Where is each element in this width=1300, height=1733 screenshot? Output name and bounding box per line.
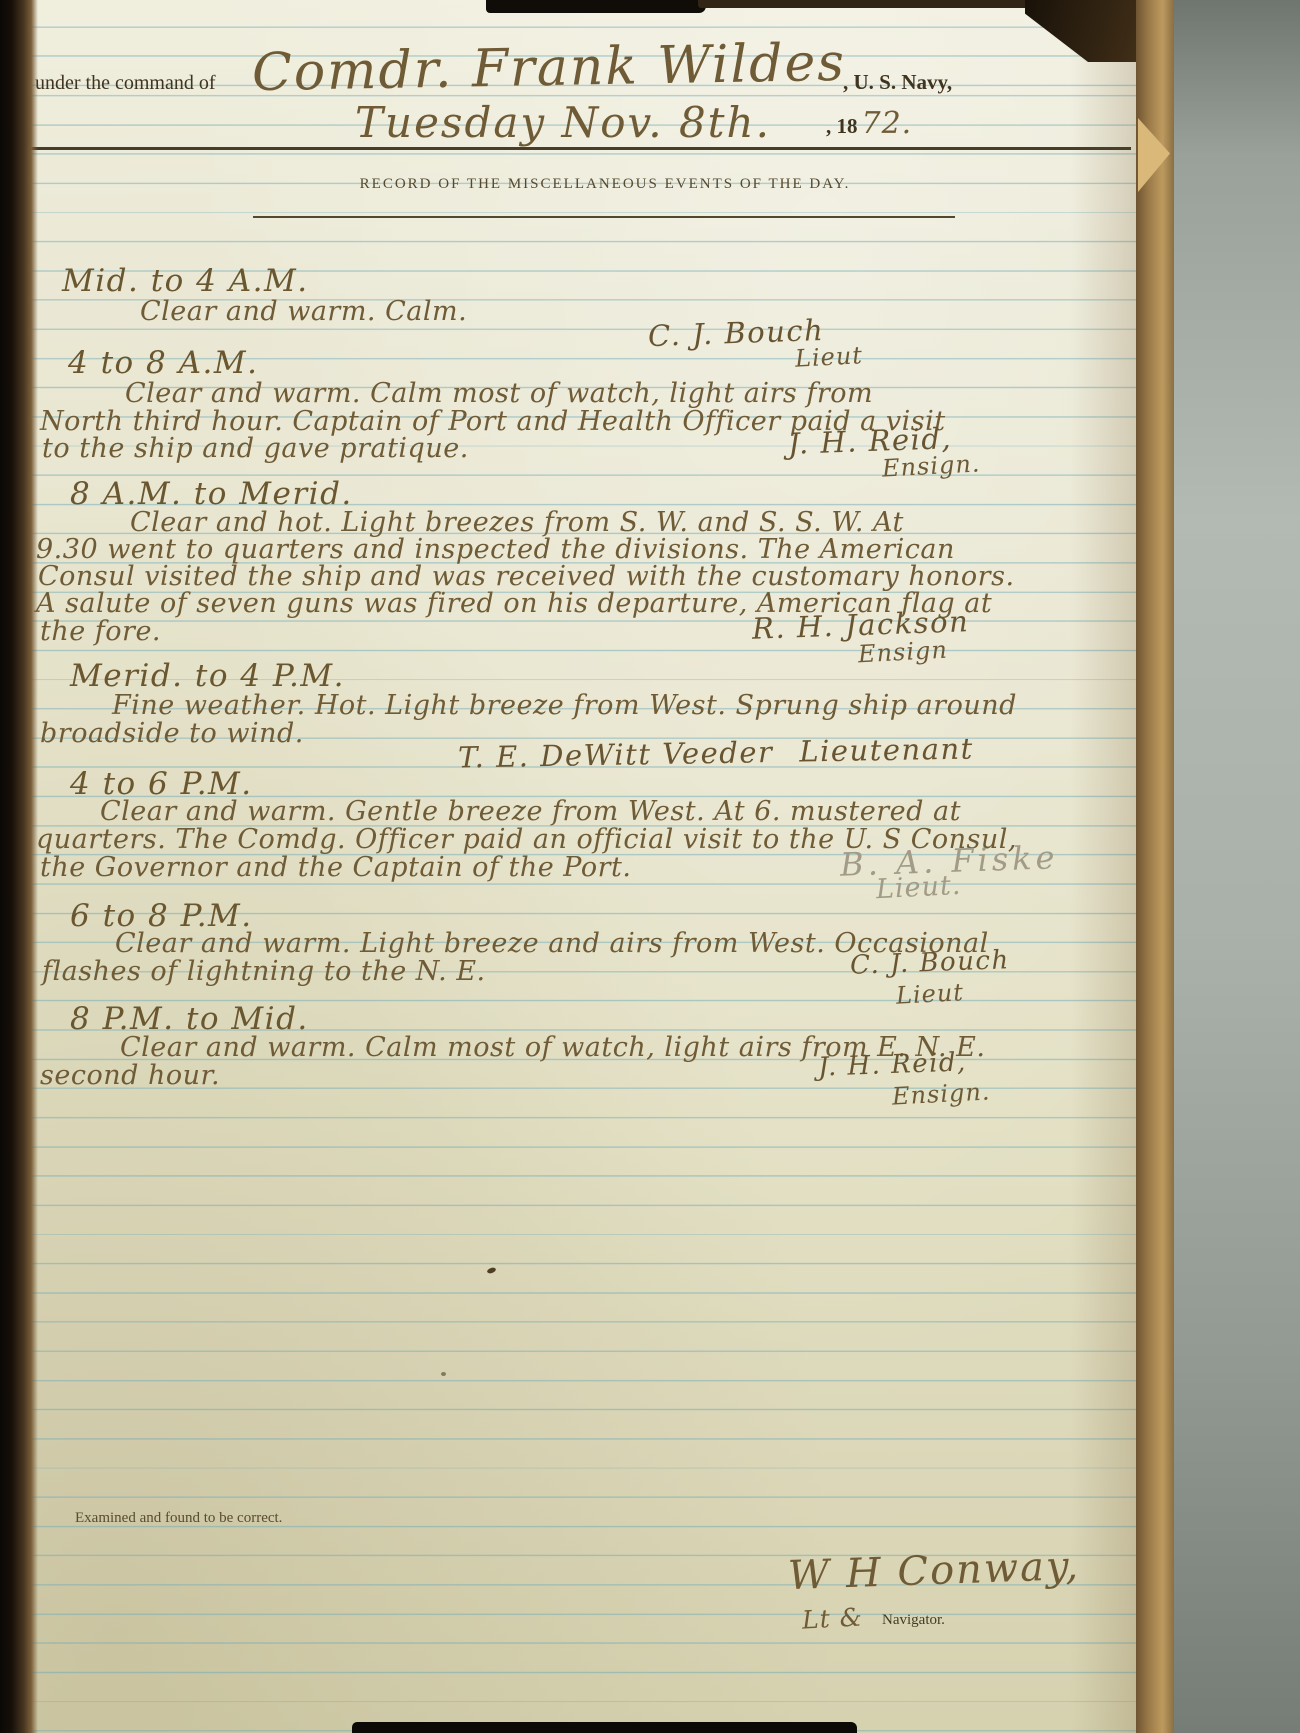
watch-officer-signature: J. H. Reid, (818, 1047, 968, 1082)
log-line: second hour. (40, 1060, 220, 1091)
preprinted-navigator-label: Navigator. (882, 1612, 945, 1629)
log-line: Clear and warm. Calm. (140, 296, 467, 327)
watch-officer-signature: C. J. Bouch (850, 945, 1011, 981)
commander-name-handwritten: Comdr. Frank Wildes (252, 33, 847, 103)
log-line: the Governor and the Captain of the Port… (40, 852, 631, 883)
table-background (1174, 0, 1300, 1733)
page-fore-edge (1136, 0, 1174, 1733)
year-handwritten: 72. (862, 106, 913, 141)
watch-officer-signature: T. E. DeWitt Veeder (458, 735, 774, 774)
section-divider-rule (253, 216, 955, 218)
officer-rank: Lieutenant (799, 732, 974, 769)
watch-period-label: 4 to 8 A.M. (68, 345, 258, 381)
year-line: , 18 72. (826, 106, 912, 141)
examined-statement: Examined and found to be correct. (75, 1510, 282, 1527)
officer-rank: Ensign (857, 636, 948, 669)
photo-background-strip (486, 0, 706, 13)
officer-rank: Lieut (895, 978, 964, 1010)
photo-background-strip (352, 1722, 857, 1733)
log-line: the fore. (40, 616, 161, 647)
book-binding-edge (0, 0, 38, 1733)
ink-speck (441, 1372, 446, 1376)
preprinted-year-prefix: , 18 (826, 114, 858, 138)
navigator-rank: Lt & (801, 1602, 863, 1634)
header-divider-rule (28, 147, 1131, 150)
watch-period-label: Merid. to 4 P.M. (70, 658, 345, 694)
log-line: Fine weather. Hot. Light breeze from Wes… (112, 690, 1017, 721)
section-title: RECORD OF THE MISCELLANEOUS EVENTS OF TH… (255, 176, 955, 193)
logbook-photo: under the command of Comdr. Frank Wildes… (0, 0, 1300, 1733)
log-line: broadside to wind. (40, 718, 304, 749)
preprinted-navy-label: , U. S. Navy, (843, 70, 952, 95)
log-line: to the ship and gave pratique. (42, 433, 469, 464)
officer-rank: Ensign. (891, 1077, 991, 1110)
officer-rank: Lieut (794, 341, 863, 373)
preprinted-command-label: under the command of (35, 72, 216, 95)
officer-rank: Ensign. (881, 449, 981, 482)
log-line: flashes of lightning to the N. E. (42, 956, 486, 987)
watch-period-label: Mid. to 4 A.M. (62, 263, 309, 299)
officer-rank-pencil: Lieut. (875, 870, 962, 905)
log-line: Clear and warm. Calm most of watch, ligh… (125, 378, 873, 409)
log-line: Clear and warm. Gentle breeze from West.… (100, 796, 961, 827)
date-handwritten: Tuesday Nov. 8th. (355, 98, 771, 147)
photo-background-strip (698, 0, 1038, 8)
page-gutter-shadow (1070, 0, 1136, 1733)
